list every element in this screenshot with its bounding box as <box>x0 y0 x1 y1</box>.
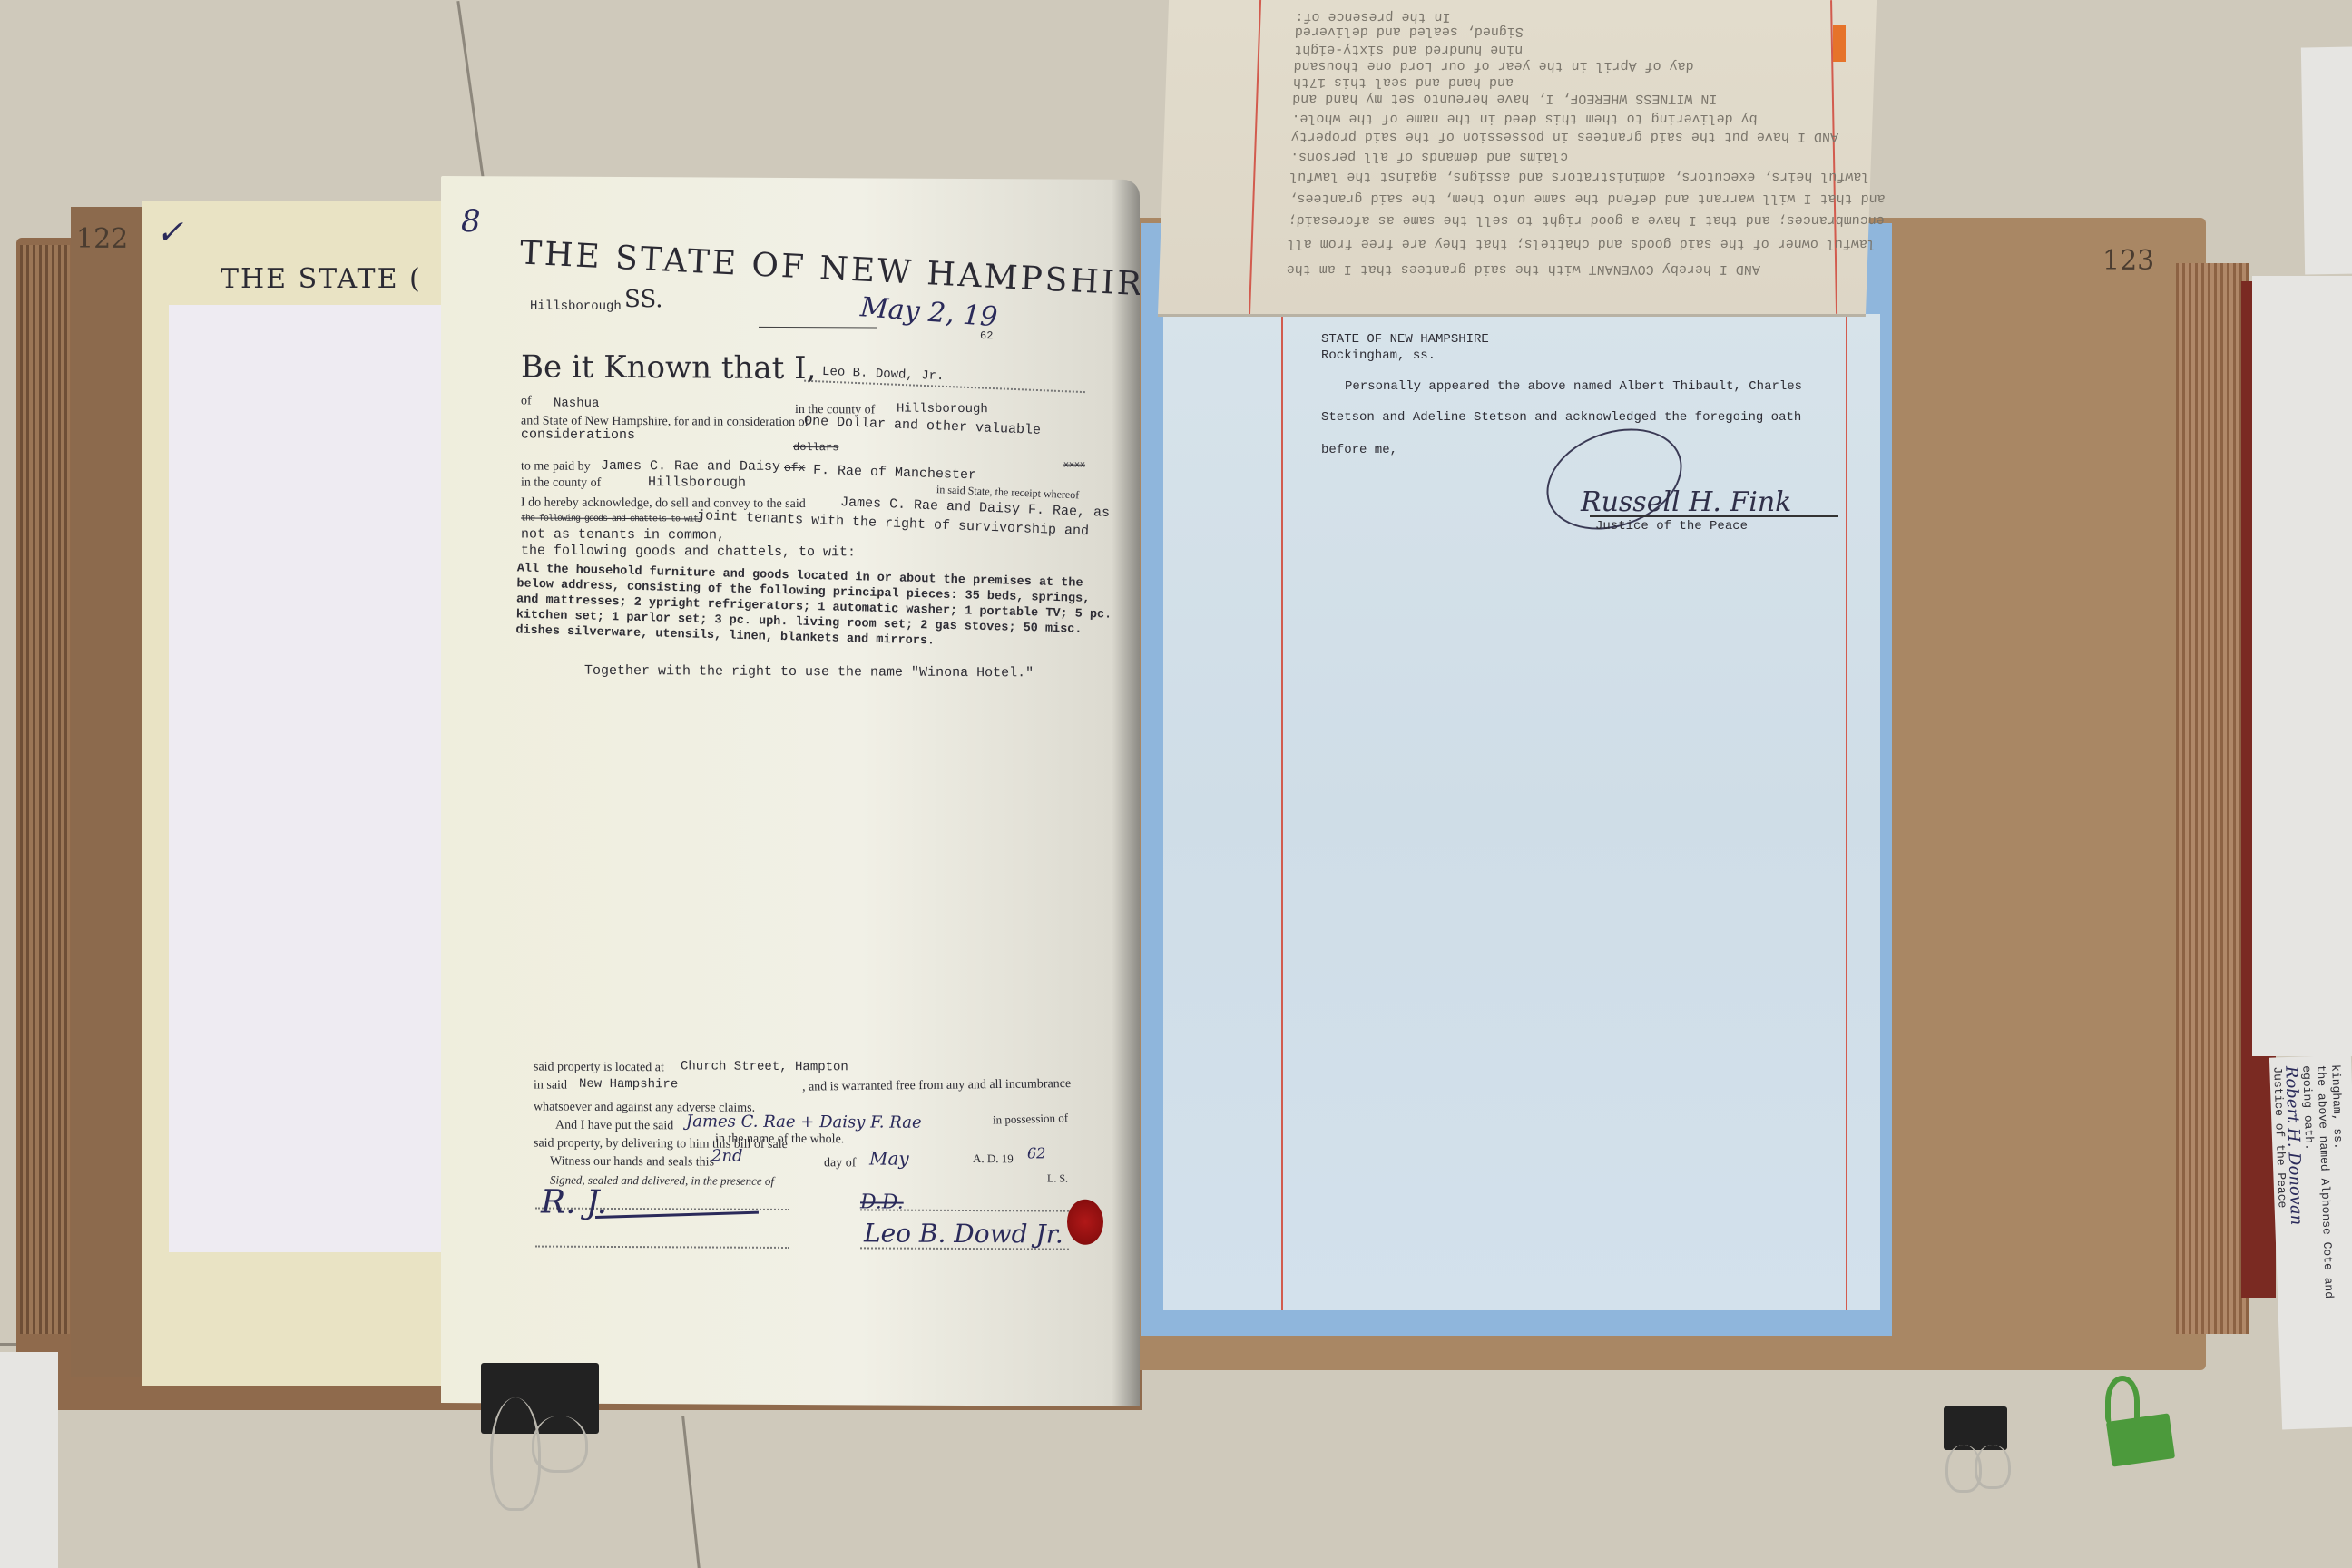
goods-label: the following goods and chattels, to wit… <box>521 543 856 560</box>
located-label: said property is located at <box>534 1061 664 1076</box>
paid-by-struck: ofx <box>784 461 805 475</box>
consideration-value: One Dollar and other valuable <box>804 414 1041 438</box>
flipped-margin-line <box>1249 0 1261 314</box>
wax-seal <box>1067 1200 1103 1245</box>
county-label-2: in the county of <box>521 475 601 490</box>
ss-label: SS. <box>624 286 663 313</box>
put-value: James C. Rae + Daisy F. Rae <box>686 1112 922 1132</box>
orange-tab <box>1833 25 1846 62</box>
back-page-title-fragment: THE STATE ( <box>220 263 422 295</box>
upside-line: Signed, sealed and delivered <box>1295 24 1524 39</box>
grantor-initials: D.D. <box>860 1191 904 1213</box>
upside-line: lawful owner of the said goods and chatt… <box>1287 236 1876 251</box>
binder-clip-green-wire <box>2105 1376 2140 1426</box>
check-mark: ✓ <box>156 214 183 251</box>
witness-day: 2nd <box>711 1147 743 1166</box>
ad-label: A. D. 19 <box>973 1151 1014 1166</box>
ack-county: Rockingham, ss. <box>1321 348 1436 363</box>
of-label: of <box>521 394 532 408</box>
grantor-signature: Leo B. Dowd Jr. <box>864 1218 1063 1249</box>
warranted-clause: , and is warranted free from any and all… <box>802 1077 1071 1095</box>
binder-clip-wire <box>1975 1445 2011 1489</box>
paid-by-names-2: F. Rae of Manchester <box>813 463 976 484</box>
struck-text-2: xxxx <box>1063 461 1085 471</box>
left-edge-paper <box>0 1352 58 1568</box>
witness-signature-stroke <box>595 1211 759 1219</box>
upside-line: and hand and seal this 17th <box>1293 74 1514 90</box>
upside-line: nine hundred and sixty-eight <box>1294 42 1524 57</box>
left-margin-line <box>1281 314 1283 1310</box>
page-number-left: 122 <box>76 223 128 255</box>
located-value: Church Street, Hampton <box>681 1059 848 1074</box>
struck-text-3: the following goods and chattels to wit: <box>521 514 702 524</box>
in-said-label: in said <box>534 1079 567 1093</box>
side-paper-line: kingham, ss. <box>2328 1064 2345 1150</box>
upside-line: In the presence of: <box>1295 9 1451 24</box>
ad-year: 62 <box>1027 1144 1045 1161</box>
county-name-2: Hillsborough <box>648 475 746 491</box>
ls-label: L. S. <box>1047 1171 1068 1185</box>
not-tenants: not as tenants in common, <box>521 526 725 543</box>
date-year: 62 <box>980 329 993 342</box>
upside-line: AND I hereby COVENANT with the said gran… <box>1286 261 1760 277</box>
town-field: Nashua <box>554 397 599 411</box>
witness-month: May <box>869 1147 909 1169</box>
witness-label: Witness our hands and seals this <box>550 1155 714 1171</box>
book-left-page-edges <box>20 245 70 1334</box>
in-said-value: New Hampshire <box>579 1077 678 1093</box>
right-margin-line <box>1846 314 1847 1310</box>
witness-signature-line-2 <box>535 1246 789 1249</box>
side-paper-bottom: kingham, ss. the above named Alphonse Co… <box>2269 1055 2352 1430</box>
ack-state: STATE OF NEW HAMPSHIRE <box>1321 332 1489 347</box>
inventory-block: All the household furniture and goods lo… <box>515 561 1112 653</box>
upside-line: encumbrances; and that I have a good rig… <box>1288 212 1885 228</box>
upside-line: IN WITNESS WHEREOF, I, have hereunto set… <box>1292 91 1718 106</box>
bill-of-sale-document: 8 THE STATE OF NEW HAMPSHIRE Hillsboroug… <box>441 176 1140 1406</box>
acknowledge-label: I do hereby acknowledge, do sell and con… <box>521 495 806 512</box>
name-whole-clause: in the name of the whole. <box>715 1132 844 1148</box>
trade-name-clause: Together with the right to use the name … <box>584 663 1034 681</box>
ack-line-3: before me, <box>1321 443 1397 457</box>
document-title: THE STATE OF NEW HAMPSHIRE <box>519 234 1171 304</box>
page-mark: 8 <box>461 203 481 240</box>
binder-clip-right <box>1944 1406 2007 1450</box>
page-number-right: 123 <box>2102 245 2154 277</box>
flipped-deed-sheet: In the presence of: Signed, sealed and d… <box>1158 0 1877 317</box>
preamble: Be it Known that I, <box>521 348 816 387</box>
grantor-line <box>804 380 1085 393</box>
date-handwritten: May 2, 19 <box>859 291 998 333</box>
upside-line: by delivering to them this deed in the n… <box>1291 111 1758 126</box>
binder-clip-wire <box>532 1416 588 1473</box>
upside-line: and that I will warrant and defend the s… <box>1289 191 1886 206</box>
ack-line-2: Stetson and Adeline Stetson and acknowle… <box>1321 410 1801 425</box>
put-label: And I have put the said <box>555 1119 673 1134</box>
paid-by-label: to me paid by <box>521 459 591 474</box>
paid-by-names: James C. Rae and Daisy <box>601 458 780 475</box>
side-paper-middle <box>2252 276 2352 1056</box>
book-right-page-edges <box>2176 263 2249 1334</box>
possession-label: in possession of <box>993 1111 1069 1127</box>
jp-signature-line <box>1590 515 1838 517</box>
jp-title: Justice of the Peace <box>1595 519 1748 534</box>
side-paper-top <box>2301 46 2352 274</box>
date-line <box>759 327 877 329</box>
upside-line: day of April in the year of our Lord one… <box>1293 58 1694 73</box>
county-name: Hillsborough <box>897 402 988 417</box>
acknowledgment-sheet: STATE OF NEW HAMPSHIRE Rockingham, ss. P… <box>1163 314 1880 1310</box>
upside-line: claims and demands of all persons. <box>1290 149 1569 164</box>
ack-line-1: Personally appeared the above named Albe… <box>1345 379 1802 394</box>
consideration-cont: considerations <box>521 426 635 443</box>
white-insert-sheet <box>169 305 459 1252</box>
struck-text: dollars <box>793 441 838 454</box>
upside-line: AND I have put the said grantees in poss… <box>1291 129 1839 144</box>
upside-line: lawful heirs, executors, administrators … <box>1289 169 1870 184</box>
county-field: Hillsborough <box>530 299 622 314</box>
jp-signature: Russell H. Fink <box>1581 486 1791 518</box>
day-of-label: day of <box>824 1156 856 1171</box>
